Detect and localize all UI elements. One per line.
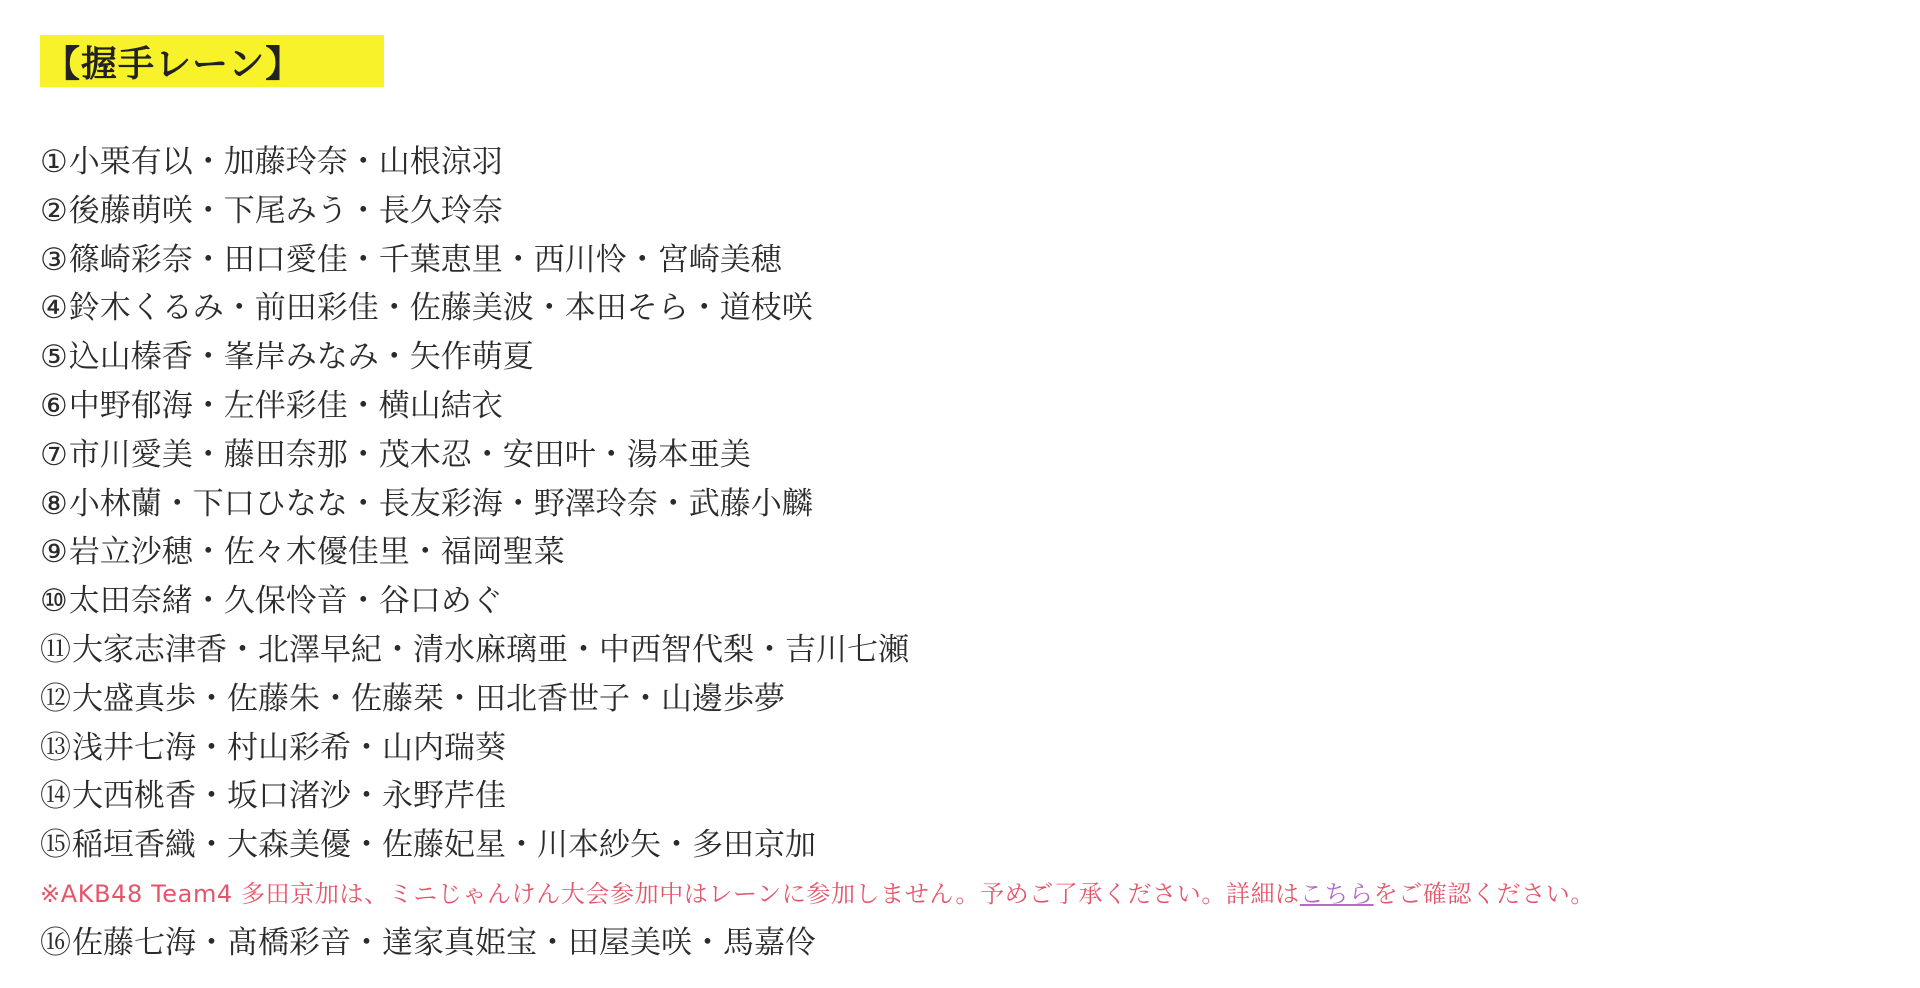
lane-members: 稲垣香織・大森美優・佐藤妃星・川本紗矢・多田京加: [72, 827, 816, 863]
lane-members: 大家志津香・北澤早紀・清水麻璃亜・中西智代梨・吉川七瀬: [72, 632, 909, 668]
lane-number: ①: [40, 138, 68, 187]
lane-members: 大盛真歩・佐藤朱・佐藤栞・田北香世子・山邊歩夢: [72, 681, 785, 717]
lane-list: ①小栗有以・加藤玲奈・山根涼羽 ②後藤萌咲・下尾みう・長久玲奈 ③篠崎彩奈・田口…: [40, 138, 1595, 968]
lane-members: 市川愛美・藤田奈那・茂木忍・安田叶・湯本亜美: [69, 437, 751, 473]
lane-members: 小林蘭・下口ひなな・長友彩海・野澤玲奈・武藤小麟: [69, 486, 813, 522]
lane-row-6: ⑥中野郁海・左伴彩佳・横山結衣: [40, 382, 1595, 431]
lane-row-14: ⑭大西桃香・坂口渚沙・永野芹佳: [40, 772, 1595, 821]
lane-number: ②: [40, 187, 68, 236]
lane-members: 浅井七海・村山彩希・山内瑞葵: [72, 730, 506, 766]
lane-row-15: ⑮稲垣香織・大森美優・佐藤妃星・川本紗矢・多田京加: [40, 821, 1595, 870]
lane-number: ⑯: [40, 919, 71, 968]
notice-text-end: をご確認ください。: [1374, 880, 1595, 908]
lane-number: ④: [40, 284, 68, 333]
lane-members: 岩立沙穂・佐々木優佳里・福岡聖菜: [69, 534, 565, 570]
notice-text-start: ※AKB48 Team4 多田京加は、ミニじゃんけん大会参加中はレーンに参加しま…: [40, 880, 1300, 908]
lane-row-7: ⑦市川愛美・藤田奈那・茂木忍・安田叶・湯本亜美: [40, 431, 1595, 480]
lane-row-11: ⑪大家志津香・北澤早紀・清水麻璃亜・中西智代梨・吉川七瀬: [40, 626, 1595, 675]
lane-members: 大西桃香・坂口渚沙・永野芹佳: [72, 778, 506, 814]
lane-row-9: ⑨岩立沙穂・佐々木優佳里・福岡聖菜: [40, 528, 1595, 577]
lane-number: ⑧: [40, 480, 68, 529]
lane-members: 小栗有以・加藤玲奈・山根涼羽: [69, 144, 503, 180]
lane-members: 鈴木くるみ・前田彩佳・佐藤美波・本田そら・道枝咲: [69, 290, 813, 326]
lane-number: ⑫: [40, 675, 71, 724]
lane-members: 篠崎彩奈・田口愛佳・千葉恵里・西川怜・宮崎美穂: [69, 242, 782, 278]
lane-number: ⑬: [40, 724, 71, 773]
section-heading-text: 【握手レーン】: [44, 36, 302, 87]
lane-row-10: ⑩太田奈緒・久保怜音・谷口めぐ: [40, 577, 1595, 626]
lane-number: ⑦: [40, 431, 68, 480]
lane-members: 中野郁海・左伴彩佳・横山結衣: [69, 388, 503, 424]
lane-row-12: ⑫大盛真歩・佐藤朱・佐藤栞・田北香世子・山邊歩夢: [40, 675, 1595, 724]
lane-number: ③: [40, 236, 68, 285]
lane-row-2: ②後藤萌咲・下尾みう・長久玲奈: [40, 187, 1595, 236]
lane-members: 太田奈緒・久保怜音・谷口めぐ: [69, 583, 503, 619]
notice-text: ※AKB48 Team4 多田京加は、ミニじゃんけん大会参加中はレーンに参加しま…: [40, 870, 1595, 919]
details-link[interactable]: こちら: [1300, 880, 1374, 908]
lane-number: ⑩: [40, 577, 68, 626]
lane-number: ⑪: [40, 626, 71, 675]
lane-row-13: ⑬浅井七海・村山彩希・山内瑞葵: [40, 724, 1595, 773]
lane-row-4: ④鈴木くるみ・前田彩佳・佐藤美波・本田そら・道枝咲: [40, 284, 1595, 333]
lane-row-8: ⑧小林蘭・下口ひなな・長友彩海・野澤玲奈・武藤小麟: [40, 480, 1595, 529]
section-heading: 【握手レーン】: [40, 35, 384, 87]
lane-number: ⑤: [40, 333, 68, 382]
lane-row-3: ③篠崎彩奈・田口愛佳・千葉恵里・西川怜・宮崎美穂: [40, 236, 1595, 285]
lane-members: 込山榛香・峯岸みなみ・矢作萌夏: [69, 339, 534, 375]
lane-number: ⑮: [40, 821, 71, 870]
lane-row-5: ⑤込山榛香・峯岸みなみ・矢作萌夏: [40, 333, 1595, 382]
lane-number: ⑥: [40, 382, 68, 431]
lane-number: ⑭: [40, 772, 71, 821]
lane-members: 後藤萌咲・下尾みう・長久玲奈: [69, 193, 503, 229]
lane-members: 佐藤七海・髙橋彩音・達家真姫宝・田屋美咲・馬嘉伶: [72, 925, 816, 961]
lane-row-1: ①小栗有以・加藤玲奈・山根涼羽: [40, 138, 1595, 187]
lane-number: ⑨: [40, 528, 68, 577]
lane-row-16: ⑯佐藤七海・髙橋彩音・達家真姫宝・田屋美咲・馬嘉伶: [40, 919, 1595, 968]
